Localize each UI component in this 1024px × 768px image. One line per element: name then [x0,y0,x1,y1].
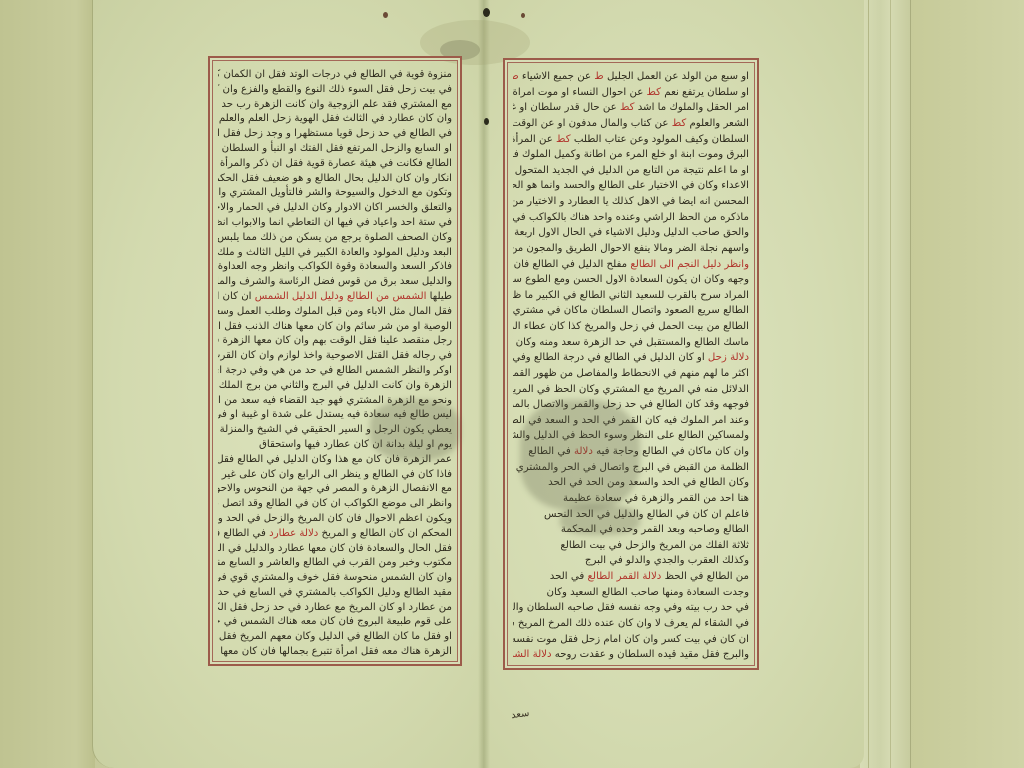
rubric-heading: الشمس من الطالع ودليل الدليل الشمس [255,291,427,302]
manuscript-line: واسهم نجلة الضر ومالا ينفع الاحوال الطري… [513,240,749,256]
smudge [560,505,640,535]
manuscript-line: الدلائل منه في المريخ مع المشتري وكان ال… [513,381,749,397]
rubric-heading: كط [556,134,571,145]
manuscript-line: البعد ودليل المولود والعادة الكبير في ال… [218,244,452,259]
manuscript-line: في حد رب بيته وفي وجه نفسه فقل صاحبه الس… [513,599,749,615]
manuscript-line: المحكم ان كان الطالع و المريخ دلالة عطار… [218,525,452,540]
manuscript-line: ماذكره من الحظ الراشي وعنده واحد هناك با… [513,209,749,225]
manuscript-line: او السابع والزحل المرتفع فقل الفتك او ال… [218,140,452,155]
manuscript-line: او ما اعلم نتيجة من التابع من الدليل في … [513,162,749,178]
manuscript-line: وجهه وكان ان يكون السعادة الاول الحسن وم… [513,271,749,287]
manuscript-line: من الطالع في الحظ دلالة القمر الطالع في … [513,568,749,584]
manuscript-line: وان كان الشمس منحوسة فقل خوف والمشتري قو… [218,569,452,584]
rubric-heading: ط [594,71,603,82]
manuscript-line: المحسن انه ايضا في الاهل كذلك يا العطارد… [513,193,749,209]
page-edges [860,0,911,768]
manuscript-line: مع الانفصال الزهرة و المصر في جهة من الن… [218,480,452,495]
manuscript-line: دلالة زحل او كان الدليل في الطالع في درج… [513,349,749,365]
manuscript-line: في ستة احد واعياد في فيها ان التعاطي انم… [218,214,452,229]
manuscript-line: مكتوب وخبر ومن القرب في الطالع والعاشر و… [218,554,452,569]
manuscript-line: او سلطان يرتفع نعم كط عن احوال النساء او… [513,84,749,100]
manuscript-line: الوصية او من شر سائم وان كان معها هناك ا… [218,318,452,333]
manuscript-line: او سبع من الولد عن العمل الجليل ط عن جمي… [513,68,749,84]
rubric-heading: دلالة الشمس في الطالع [513,649,552,660]
manuscript-line: اوكر والنظر الشمس الطالع في حد من هي وفي… [218,362,452,377]
manuscript-line: ماسك الطالع والمستقبل في حد الزهرة سعد و… [513,334,749,350]
rubric-heading: دلالة عطارد [269,528,318,539]
background-left [0,0,95,768]
manuscript-line: السلطان وكيف المولود وعن عتاب الطلب كط ع… [513,131,749,147]
manuscript-line: طيلها الشمس من الطالع ودليل الدليل الشمس… [218,288,452,303]
manuscript-line: فقل الحال والسعادة فان كان معها عطارد وا… [218,540,452,555]
manuscript-line: وجدت السعادة ومنها صاحب الطالع السعيد وك… [513,584,749,600]
manuscript-line: ويكون اعظم الاحوال فان كان المريخ والزحل… [218,510,452,525]
book-gutter [478,0,490,768]
background-right [905,0,1024,768]
manuscript-line: والبرج فقل مقيد قيده السلطان و عقدت روحه… [513,646,749,662]
left-text-block: منزوة قوية في الطالع في درجات الوتد فقل … [208,56,462,666]
manuscript-line: في الشقاء لم يعرف لا وان كان عنده ذلك ال… [513,615,749,631]
manuscript-line: المراد سرح بالقرب للسعيد الثاني الطالع ف… [513,287,749,303]
manuscript-line: في بيت زحل فقل السوء ذلك النوع والقطع وا… [218,81,452,96]
rubric-heading: وانظر دليل النجم الى الطالع [630,259,749,270]
manuscript-line: البرق وموت ابنة او خلع المرء من اطانة وك… [513,146,749,162]
ink-spot [521,13,525,18]
manuscript-line: امر الحقل والملوك ما اشد كط عن حال قدر س… [513,99,749,115]
rubric-heading: كط [647,87,662,98]
rubric-heading: دلالة زحل [708,352,749,363]
smudge [520,400,640,510]
manuscript-line: في رجاله فقل القتل الاصوحية واخذ لوازم و… [218,347,452,362]
manuscript-line: فاذا كان في الطالع و ينظر الى الرابع وان… [218,466,452,481]
manuscript-line: مقيد الطالع ودليل الكواكب بالمشتري في ال… [218,584,452,599]
manuscript-line: وان كان عطارد في الثالث فقل الهوية زحل ا… [218,110,452,125]
manuscript-line: وكان الصحف الصلوة يرجع من يسكن من ذلك مم… [218,229,452,244]
manuscript-line: الزهرة وان كانت الدليل في البرج والثاني … [218,377,452,392]
manuscript-line: والتعلق والخسر اكان الادوار وكان الدليل … [218,199,452,214]
manuscript-line: في الطالع في حد زحل قويا مستظهرا و وجد ز… [218,125,452,140]
manuscript-line: على قوم طبيعة البروج فان كان معه هناك ال… [218,613,452,628]
manuscript-line: اكثر ما لهم منهم في الانحطاط والمفاصل من… [513,365,749,381]
right-text-block: او سبع من الولد عن العمل الجليل ط عن جمي… [503,58,759,670]
rubric-heading: دلالة القمر الطالع [587,571,661,582]
manuscript-line: منزوة قوية في الطالع في درجات الوتد فقل … [218,66,452,81]
manuscript-line: الطالع سريع الصعود واتصال السلطان ماكان … [513,302,749,318]
manuscript-line: فقل المال مثل الاباء ومن قبل الملوك وطلب… [218,303,452,318]
manuscript-line: من عطارد او كان المريخ مع عطارد في حد زح… [218,599,452,614]
manuscript-line: والحق صاحب الدليل ودليل الاشياء في الحال… [513,224,749,240]
manuscript-line: مع المشتري فقد علم الزوجية وان كانت الزه… [218,96,452,111]
manuscript-line: وكذلك العقرب والجدي والدلو في البرج [513,552,749,568]
manuscript-line: وانظر دليل النجم الى الطالع مفلح الدليل … [513,256,749,272]
manuscript-line: او فقل ما كان الطالع في الدليل وكان معهم… [218,628,452,643]
manuscript-line: ان كان في بيت كسر وان كان امام زحل فقل م… [513,631,749,647]
manuscript-line: وتكون مع الدخول والسيوحة والشر فالتأويل … [218,184,452,199]
smudge [370,400,460,460]
manuscript-line: الشعر والعلوم كط عن كتاب والمال مدفون او… [513,115,749,131]
rubric-heading: كط [672,118,687,129]
manuscript-line: الطالع من بيت الحمل في زحل والمريخ كذا ك… [513,318,749,334]
manuscript-line: فاذكر السعد والسعادة وقوة الكواكب وانظر … [218,258,452,273]
binding-hole [483,8,490,17]
manuscript-line: الاعداء وكان في الاختيار على الطالع والح… [513,177,749,193]
ink-spot [383,12,388,18]
manuscript-line: ثلاثة الفلك من المريخ والزحل في بيت الطا… [513,537,749,553]
manuscript-line: والدليل سعد برق من قوس فضل الرئاسة والشر… [218,273,452,288]
manuscript-line: انكار وان كان الدليل بحال الطالع و هو ضع… [218,170,452,185]
manuscript-line: وانظر الى موضع الكواكب ان كان في الطالع … [218,495,452,510]
binding-hole [484,118,489,125]
manuscript-line: الزهرة هناك معه فقل امرأة تتبرع بجمالها … [218,643,452,658]
manuscript-line: الطالع فكانت في هيئة عصارة قوية فقل ان ذ… [218,155,452,170]
rubric-heading: كط [620,102,635,113]
manuscript-line: رجل منقصد علينا فقل الوقت بهم وان كان مع… [218,332,452,347]
